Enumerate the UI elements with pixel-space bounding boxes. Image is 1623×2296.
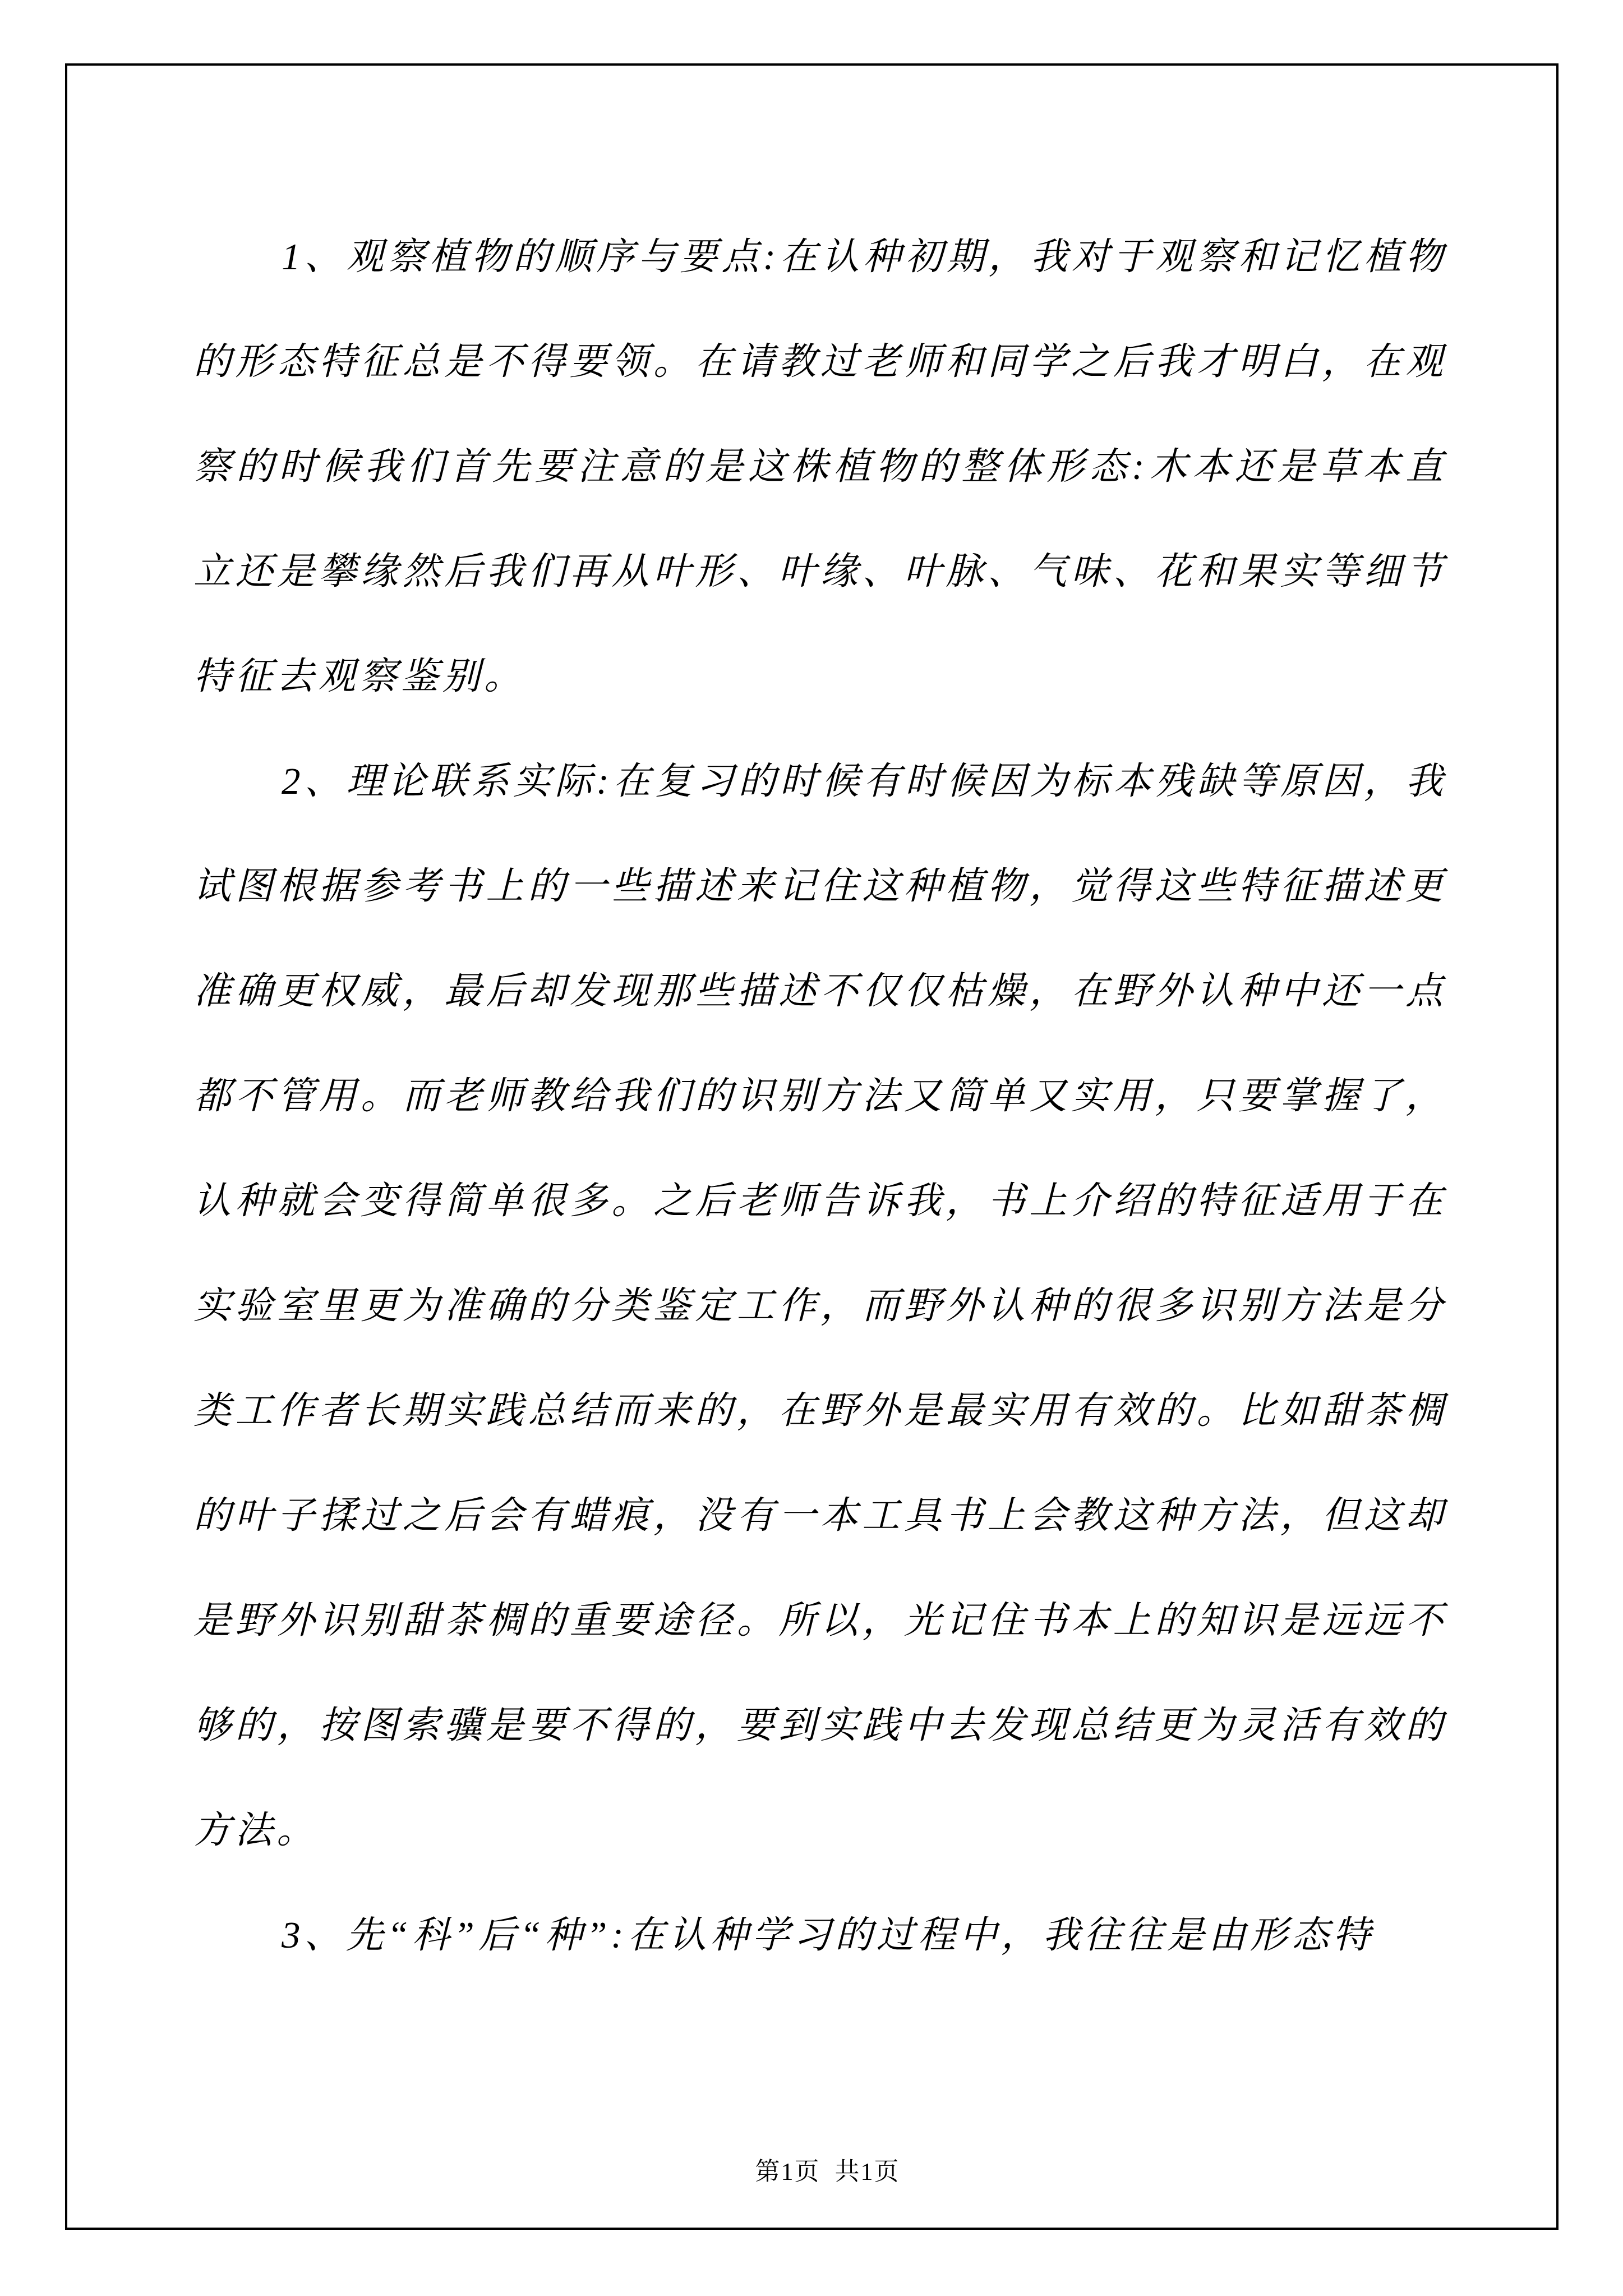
page-footer: 第1页 共1页 bbox=[193, 2130, 1447, 2186]
page-number: 第1页 共1页 bbox=[755, 2158, 900, 2185]
document-body: 1、观察植物的顺序与要点:在认种初期，我对于观察和记忆植物的形态特征总是不得要领… bbox=[193, 205, 1447, 1988]
paragraph-3: 3、先“科”后“种”:在认种学习的过程中，我往往是由形态特 bbox=[193, 1883, 1447, 1988]
paragraph-2: 2、理论联系实际:在复习的时候有时候因为标本残缺等原因，我试图根据参考书上的一些… bbox=[193, 729, 1447, 1883]
paragraph-1: 1、观察植物的顺序与要点:在认种初期，我对于观察和记忆植物的形态特征总是不得要领… bbox=[193, 205, 1447, 729]
